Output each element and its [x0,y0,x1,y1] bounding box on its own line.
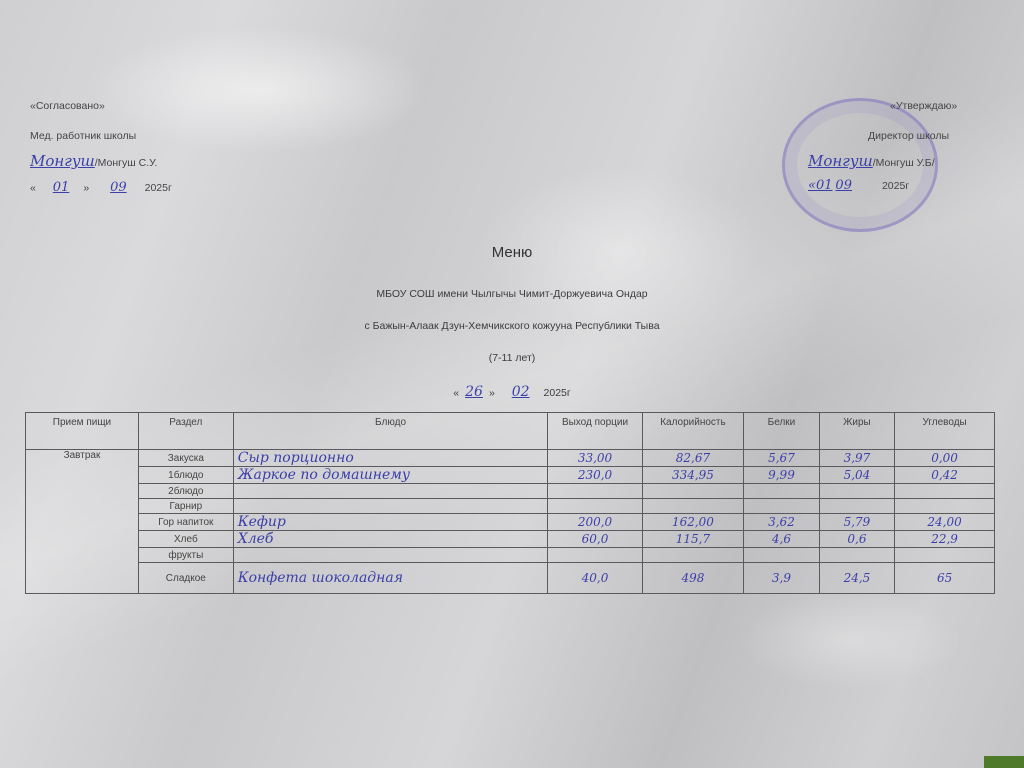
header-portion: Выход порции [548,413,642,450]
cell-calories: 115,7 [642,531,744,548]
approval-right-date: «01 092025г [808,178,909,193]
approval-right-title: «Утверждаю» [890,100,957,112]
cell-section: Гарнир [138,499,233,514]
cell-dish [233,499,548,514]
cell-section: Хлеб [138,531,233,548]
table-row: Гарнир [26,499,995,514]
cell-portion: 60,0 [548,531,642,548]
approval-left-name: /Монгуш С.У. [95,157,158,169]
cell-fat: 3,97 [819,450,894,467]
approval-left-title: «Согласовано» [30,100,105,112]
header-dish: Блюдо [233,413,548,450]
header-fat: Жиры [819,413,894,450]
age-group: (7-11 лет) [0,352,1024,364]
table-row: ХлебХлеб60,0115,74,60,622,9 [26,531,995,548]
approval-left-signature: Монгуш [30,152,95,170]
cell-portion [548,548,642,563]
cell-portion: 230,0 [548,467,642,484]
cell-dish: Кефир [233,514,548,531]
cell-dish [233,484,548,499]
cell-carbs: 0,42 [895,467,995,484]
cell-dish [233,548,548,563]
cell-calories: 334,95 [642,467,744,484]
table-row: Гор напитокКефир200,0162,003,625,7924,00 [26,514,995,531]
menu-month: 02 [498,384,544,400]
approval-right-month: 09 [835,178,882,193]
cell-protein: 9,99 [744,467,819,484]
table-row: 2блюдо [26,484,995,499]
cell-carbs [895,548,995,563]
cell-meal: Завтрак [26,450,139,594]
header-protein: Белки [744,413,819,450]
approval-right-signature: Монгуш [808,152,873,170]
cell-portion: 40,0 [548,563,642,594]
cell-section: Закуска [138,450,233,467]
cell-dish: Сыр порционно [233,450,548,467]
background-grass [984,756,1024,768]
document-title: Меню [0,244,1024,261]
school-location: с Бажын-Алаак Дзун-Хемчикского кожууна Р… [0,320,1024,332]
table-row: ЗавтракЗакускаСыр порционно33,0082,675,6… [26,450,995,467]
menu-table: Прием пищи Раздел Блюдо Выход порции Кал… [25,412,995,594]
approval-right-name: /Монгуш У.Б/ [873,157,935,169]
cell-calories: 498 [642,563,744,594]
cell-carbs: 24,00 [895,514,995,531]
header-carbs: Углеводы [895,413,995,450]
approval-left-day: 01 [39,180,84,195]
approval-left-signature-line: Монгуш/Монгуш С.У. [30,152,157,171]
cell-section: Сладкое [138,563,233,594]
header-meal: Прием пищи [26,413,139,450]
cell-carbs [895,499,995,514]
cell-carbs [895,484,995,499]
cell-calories [642,548,744,563]
menu-year: 2025г [544,387,571,399]
table-row: фрукты [26,548,995,563]
approval-right-year: 2025г [882,180,909,192]
cell-calories: 162,00 [642,514,744,531]
cell-portion [548,484,642,499]
cell-fat: 0,6 [819,531,894,548]
approval-left-date: « 01» 092025г [30,180,172,195]
table-row: 1блюдоЖаркое по домашнему230,0334,959,99… [26,467,995,484]
cell-dish: Жаркое по домашнему [233,467,548,484]
cell-calories [642,499,744,514]
cell-fat [819,499,894,514]
cell-protein [744,548,819,563]
cell-fat: 5,04 [819,467,894,484]
approval-right-signature-line: Монгуш/Монгуш У.Б/ [808,152,935,171]
approval-left-year: 2025г [145,182,172,194]
cell-fat [819,484,894,499]
table-header-row: Прием пищи Раздел Блюдо Выход порции Кал… [26,413,995,450]
cell-portion: 200,0 [548,514,642,531]
cell-fat [819,548,894,563]
table-row: СладкоеКонфета шоколадная40,04983,924,56… [26,563,995,594]
cell-section: 1блюдо [138,467,233,484]
cell-fat: 5,79 [819,514,894,531]
cell-section: фрукты [138,548,233,563]
approval-right-position: Директор школы [868,130,949,142]
approval-left-month: 09 [92,180,145,195]
cell-dish: Хлеб [233,531,548,548]
cell-portion: 33,00 [548,450,642,467]
cell-calories: 82,67 [642,450,744,467]
cell-carbs: 65 [895,563,995,594]
cell-protein: 4,6 [744,531,819,548]
cell-protein [744,484,819,499]
cell-protein: 3,62 [744,514,819,531]
cell-calories [642,484,744,499]
cell-section: 2блюдо [138,484,233,499]
header-section: Раздел [138,413,233,450]
header-calories: Калорийность [642,413,744,450]
cell-carbs: 0,00 [895,450,995,467]
menu-date: «26» 022025г [0,384,1024,400]
cell-dish: Конфета шоколадная [233,563,548,594]
menu-day: 26 [459,384,489,400]
cell-protein [744,499,819,514]
cell-section: Гор напиток [138,514,233,531]
approval-left-position: Мед. работник школы [30,130,136,142]
school-name: МБОУ СОШ имени Чылгычы Чимит-Доржуевича … [0,288,1024,300]
approval-right-day: «01 [808,178,833,193]
cell-portion [548,499,642,514]
cell-fat: 24,5 [819,563,894,594]
cell-carbs: 22,9 [895,531,995,548]
cell-protein: 5,67 [744,450,819,467]
cell-protein: 3,9 [744,563,819,594]
